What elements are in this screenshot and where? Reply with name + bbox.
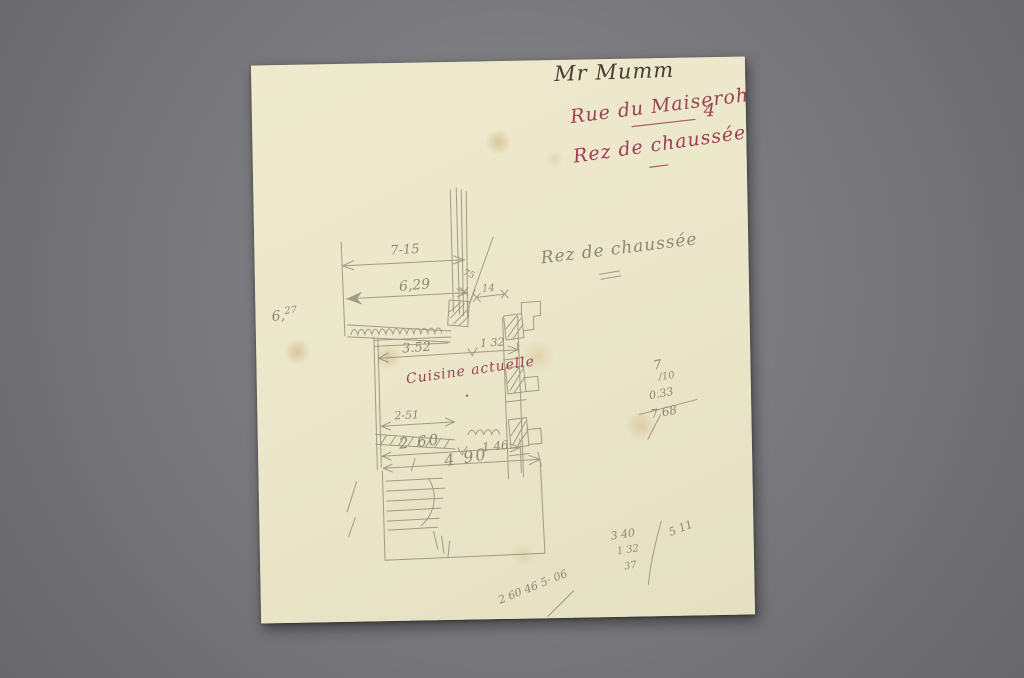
street-number: 4 [704,102,716,120]
dim-upper-width: 6,29 [398,277,430,294]
dim-overall-top: 7-15 [390,243,420,258]
margin-dimension: 6,27 [271,306,298,324]
red-dot [466,394,468,396]
client-name: Mr Mumm [554,60,675,85]
margin-dim-sup: 27 [284,305,298,317]
dim-recess-upper: 1 32 [480,337,505,349]
red-dash [650,165,668,167]
dim-room-width-mid: 2-51 [394,409,419,421]
dim-room-width-upper: 3.52 [402,341,432,356]
calc-br-line3: 37 [623,561,637,573]
dim-door: 14 [482,284,495,295]
dim-room-width-lower: 2 60 [398,432,441,451]
photo-background: { "colors": { "background": "#77777b", "… [0,0,1024,678]
paper-sheet: Mr Mumm Rue du Maiseroh 4 Rez de chaussé… [251,57,755,624]
red-underline [632,119,695,126]
